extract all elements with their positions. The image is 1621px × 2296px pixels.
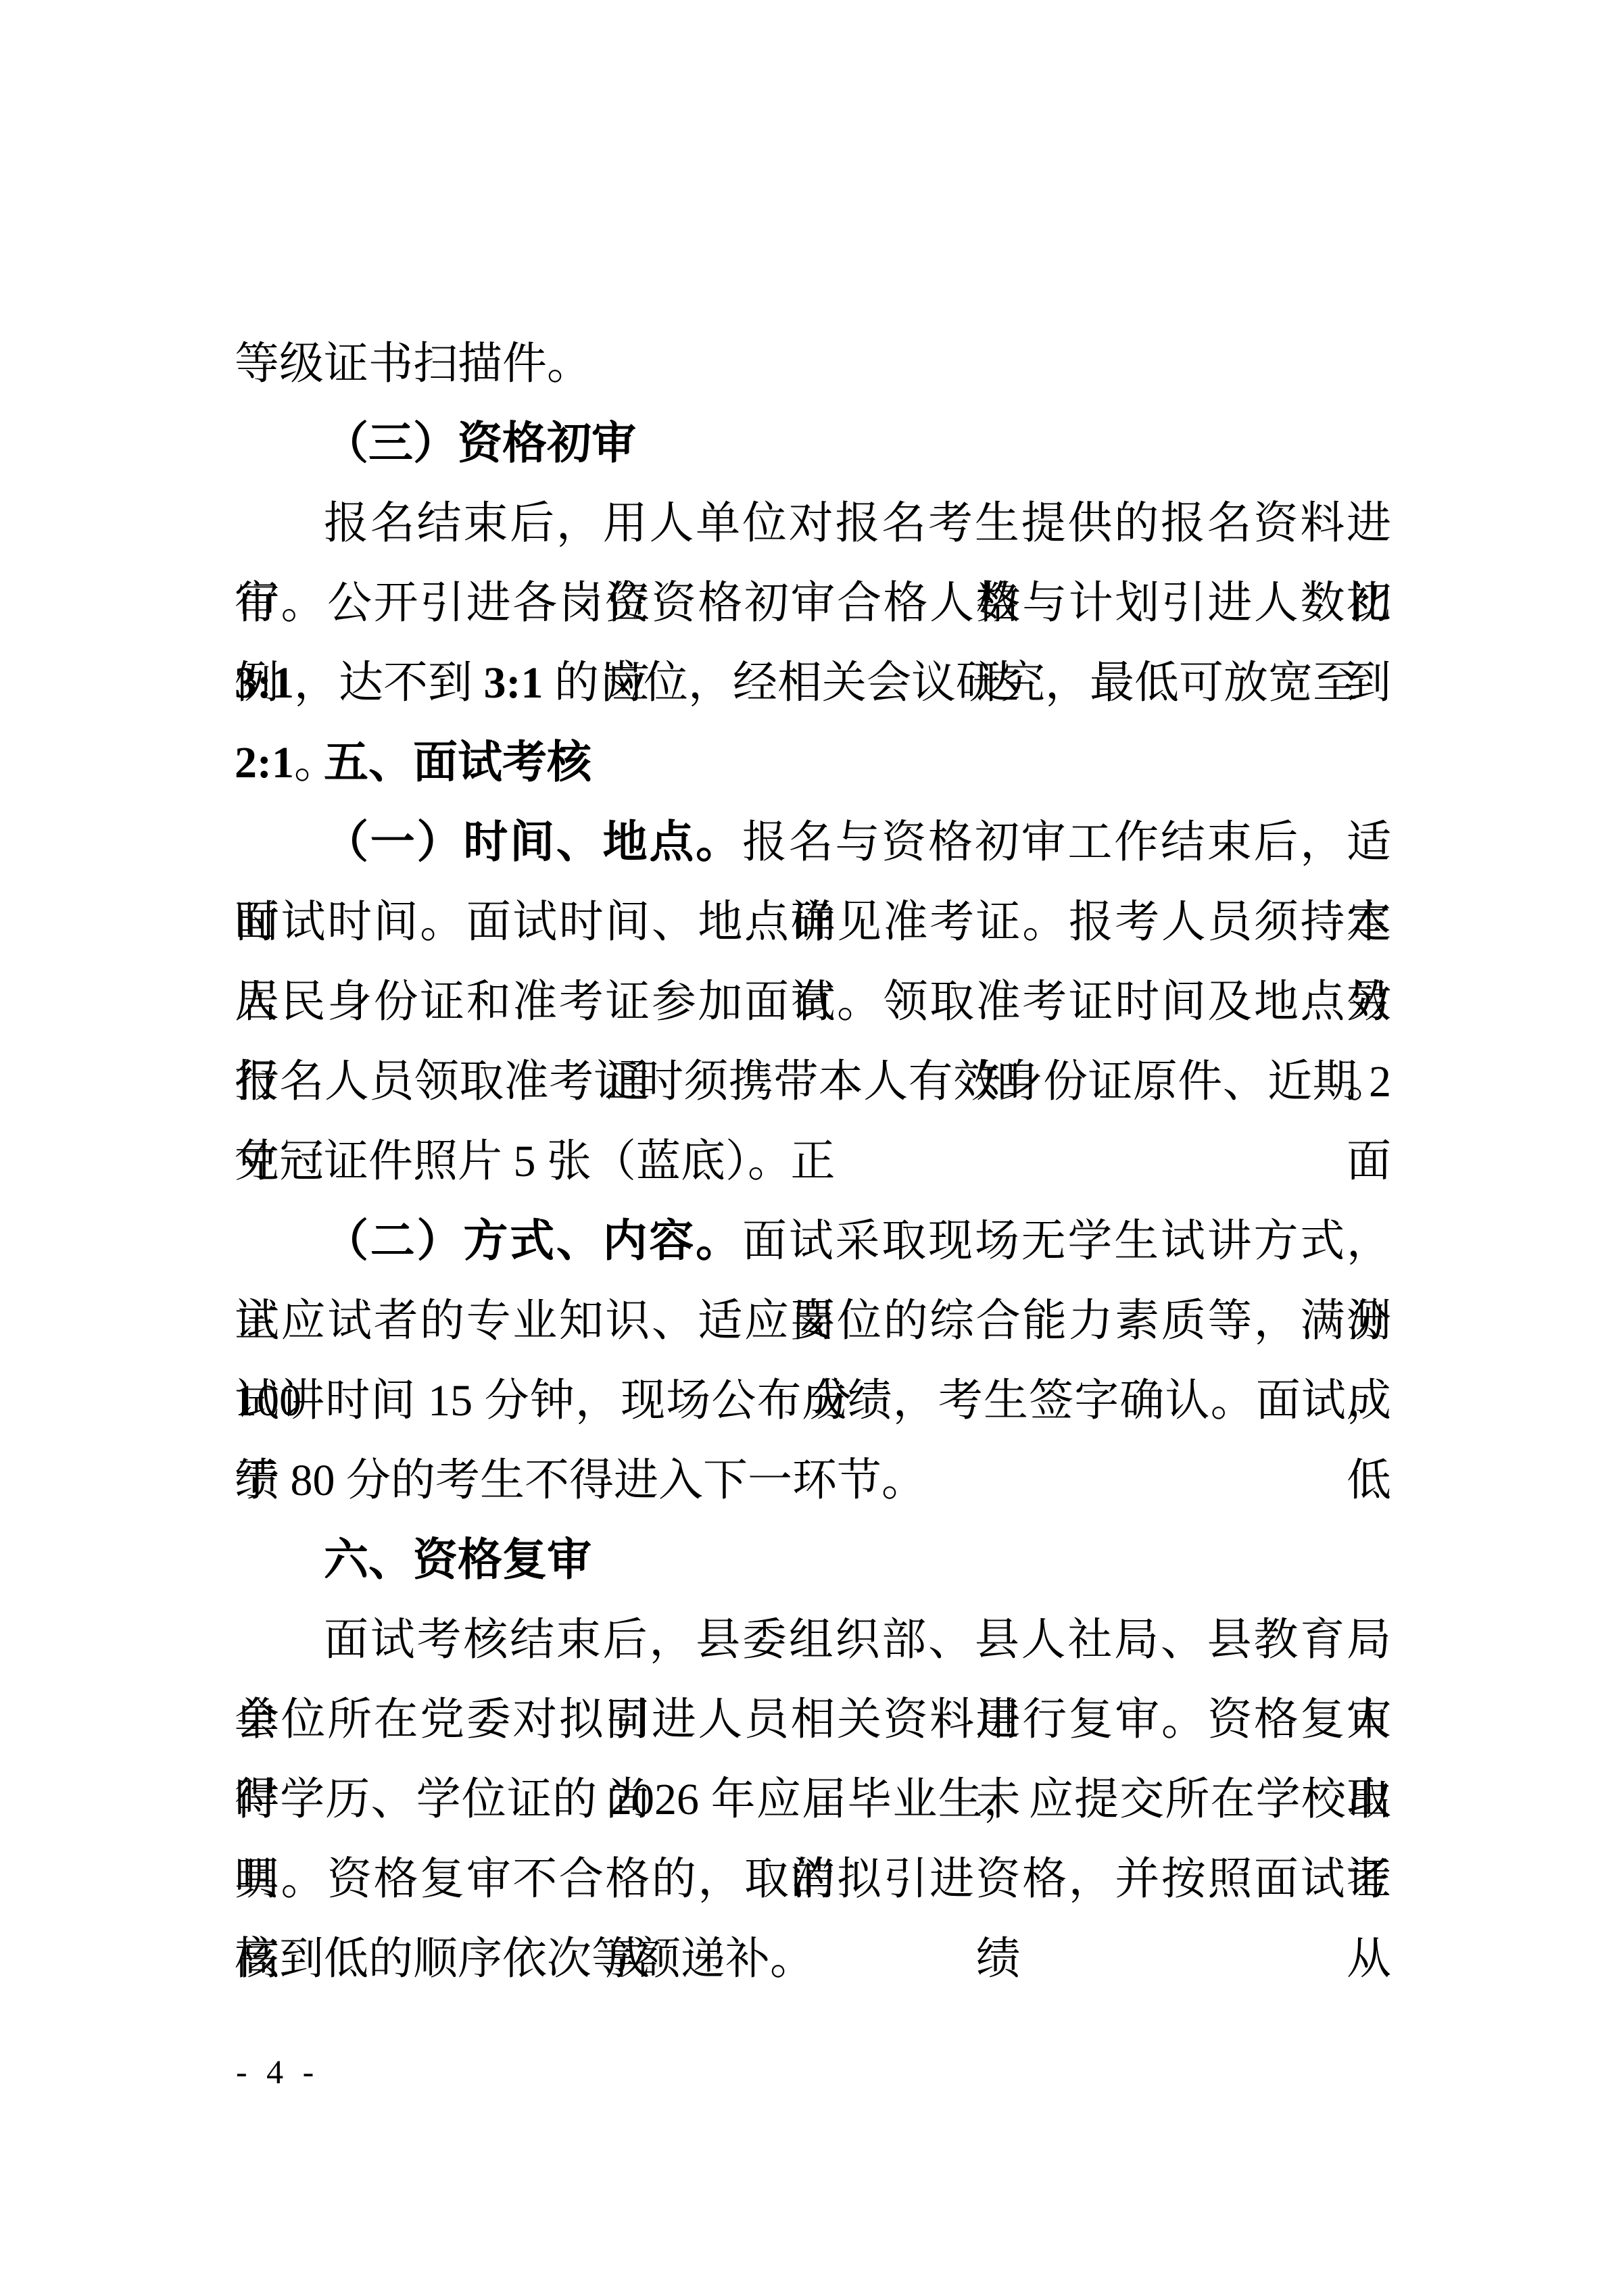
text-line: 报名人员领取准考证时须携带本人有效身份证原件、近期 2 寸正面 [235, 1042, 1391, 1122]
document-body: 等级证书扫描件。（三）资格初审报名结束后，用人单位对报名考生提供的报名资料进行资… [235, 324, 1391, 1999]
text-segment: 免冠证件照片 5 张（蓝底）。 [235, 1137, 792, 1186]
text-line: （一）时间、地点。报名与资格初审工作结束后，适时确定 [235, 803, 1391, 883]
text-line: 报名结束后，用人单位对报名考生提供的报名资料进行资格初 [235, 484, 1391, 564]
text-line: （二）方式、内容。面试采取现场无学生试讲方式，主要测 [235, 1202, 1391, 1281]
bold-text-segment: （二）方式、内容。 [324, 1217, 742, 1266]
text-segment: 的岗位，经相关会议研究，最低可放宽至 [543, 658, 1357, 708]
text-line: 审。公开引进各岗位资格初审合格人数与计划引进人数比例应达到 [235, 564, 1391, 643]
bold-text-segment: 3:1 [483, 658, 543, 708]
text-line: 得学历、学位证的 2026 年应届毕业生，应提交所在学校出具的证 [235, 1760, 1391, 1840]
bold-text-segment: （一）时间、地点。 [324, 818, 742, 867]
text-line: 面试时间。面试时间、地点详见准考证。报考人员须持本人有效 [235, 883, 1391, 962]
bold-text-segment: 3:1 [235, 658, 294, 708]
text-segment: ，达不到 [294, 658, 484, 708]
text-line: 居民身份证和准考证参加面试。领取准考证时间及地点另行通知。 [235, 962, 1391, 1042]
heading-6-qualification-recheck: 六、资格复审 [235, 1521, 1391, 1601]
text-line: 试应试者的专业知识、适应岗位的综合能力素质等，满分 100 分， [235, 1281, 1391, 1361]
text-line: 单位所在党委对拟引进人员相关资料进行复审。资格复审时尚未取 [235, 1680, 1391, 1760]
text-line: 面试考核结束后，县委组织部、县人社局、县教育局会同用人 [235, 1601, 1391, 1680]
paragraph-end-scan-copy: 等级证书扫描件。 [235, 324, 1391, 404]
text-segment: 于 80 分的考生不得进入下一环节。 [235, 1456, 926, 1505]
heading-3-qualification-initial-review: （三）资格初审 [235, 404, 1391, 484]
document-page: 等级证书扫描件。（三）资格初审报名结束后，用人单位对报名考生提供的报名资料进行资… [0, 0, 1621, 2296]
text-segment: 高到低的顺序依次等额递补。 [235, 1934, 815, 1984]
heading-5-interview-assessment: 五、面试考核 [235, 723, 1391, 803]
text-line: 明。资格复审不合格的，取消拟引进资格，并按照面试考核成绩从 [235, 1840, 1391, 1920]
bold-text-segment: 六、资格复审 [324, 1536, 591, 1585]
text-line: 3:1，达不到 3:1 的岗位，经相关会议研究，最低可放宽至 2:1。 [235, 643, 1391, 723]
text-line: 试讲时间 15 分钟，现场公布成绩，考生签字确认。面试成绩低 [235, 1361, 1391, 1441]
bold-text-segment: 2:1 [235, 738, 294, 787]
page-number: - 4 - [236, 2051, 319, 2092]
text-segment: 等级证书扫描件。 [235, 339, 591, 389]
bold-text-segment: 五、面试考核 [324, 738, 591, 787]
bold-text-segment: （三）资格初审 [324, 419, 636, 468]
